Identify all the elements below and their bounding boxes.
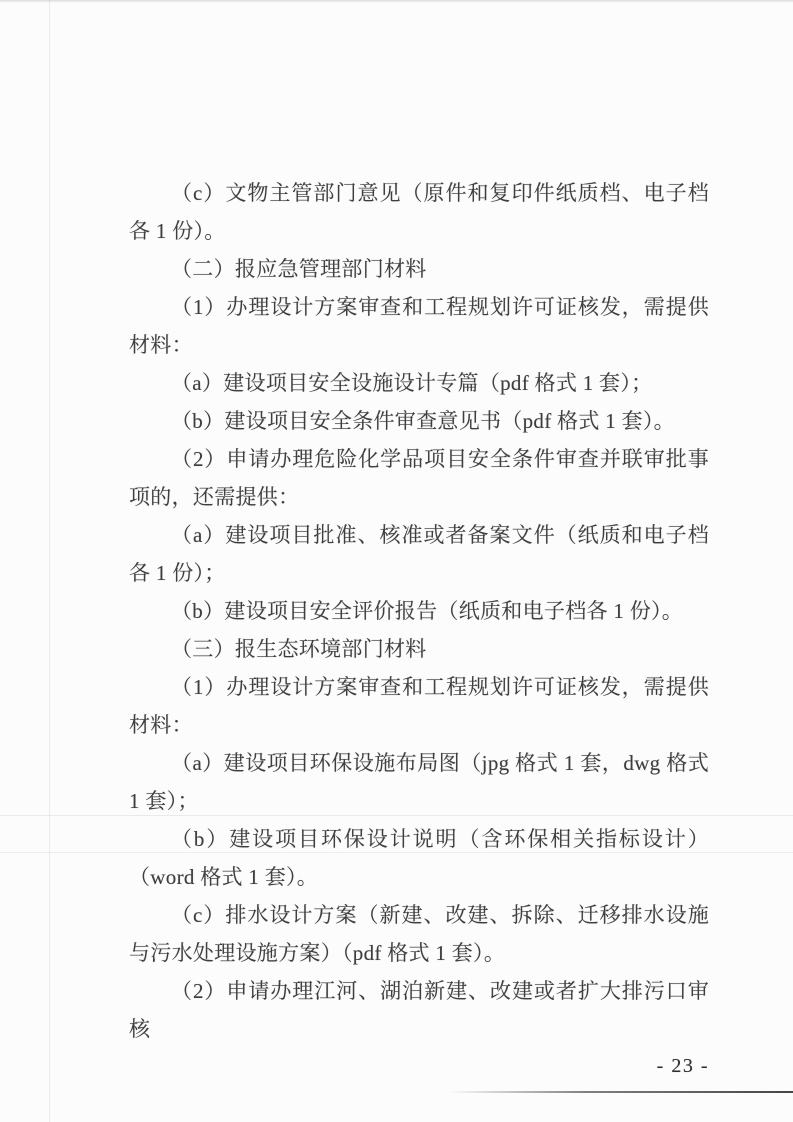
page-number: - 23 -: [129, 1050, 709, 1082]
paragraph: （a）建设项目安全设施设计专篇（pdf 格式 1 套）；: [129, 364, 709, 402]
paragraph: （a）建设项目批准、核准或者备案文件（纸质和电子档各 1 份）；: [129, 516, 709, 592]
section-heading: （三）报生态环境部门材料: [129, 630, 709, 668]
paragraph: （b）建设项目安全评价报告（纸质和电子档各 1 份）。: [129, 592, 709, 630]
paragraph: （2）申请办理危险化学品项目安全条件审查并联审批事项的，还需提供：: [129, 440, 709, 516]
scan-bottom-rule-artifact: [448, 1091, 793, 1093]
section-heading: （二）报应急管理部门材料: [129, 250, 709, 288]
paragraph: （b）建设项目环保设计说明（含环保相关指标设计）（word 格式 1 套）。: [129, 820, 709, 896]
paragraph: （c）文物主管部门意见（原件和复印件纸质档、电子档各 1 份）。: [129, 174, 709, 250]
scanned-document-page: （c）文物主管部门意见（原件和复印件纸质档、电子档各 1 份）。 （二）报应急管…: [0, 0, 793, 1122]
paragraph: （c）排水设计方案（新建、改建、拆除、迁移排水设施与污水处理设施方案）（pdf …: [129, 896, 709, 972]
paragraph: （a）建设项目环保设施布局图（jpg 格式 1 套，dwg 格式 1 套）；: [129, 744, 709, 820]
paragraph: （1）办理设计方案审查和工程规划许可证核发，需提供材料：: [129, 668, 709, 744]
paragraph: （1）办理设计方案审查和工程规划许可证核发，需提供材料：: [129, 288, 709, 364]
scan-vertical-edge-line: [49, 0, 50, 1122]
document-body: （c）文物主管部门意见（原件和复印件纸质档、电子档各 1 份）。 （二）报应急管…: [129, 174, 709, 1082]
paragraph: （2）申请办理江河、湖泊新建、改建或者扩大排污口审核: [129, 972, 709, 1048]
scan-top-edge-shadow: [0, 0, 793, 3]
paragraph: （b）建设项目安全条件审查意见书（pdf 格式 1 套）。: [129, 402, 709, 440]
